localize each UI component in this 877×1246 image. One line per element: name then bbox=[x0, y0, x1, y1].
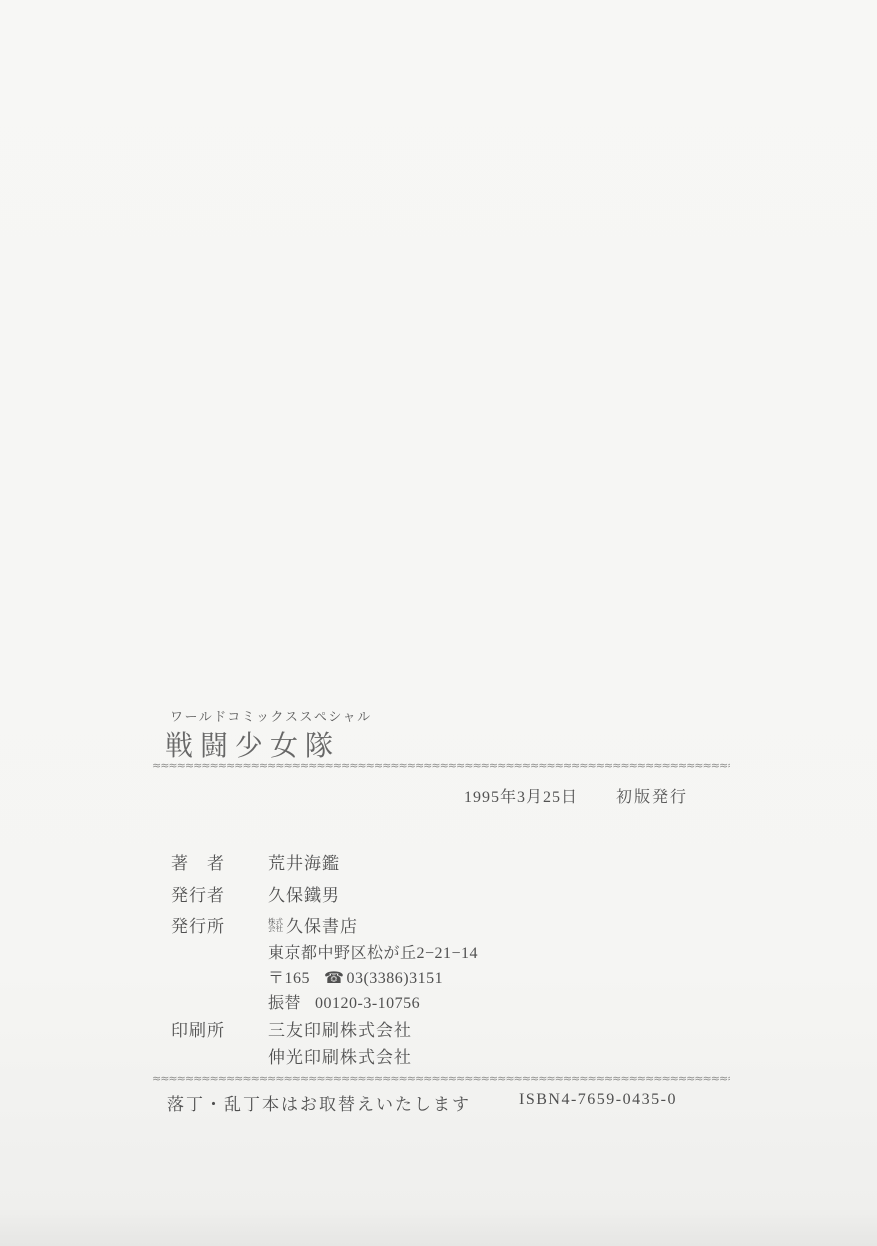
transfer-number: 00120-3-10756 bbox=[315, 995, 420, 1012]
colophon-page: ワールドコミックススペシャル 戦闘少女隊 1995年3月25日 初版発行 著 者… bbox=[0, 0, 877, 1246]
edition-statement: 初版発行 bbox=[616, 784, 688, 807]
publisher-name: 久保鐵男 bbox=[268, 881, 340, 906]
office-address: 東京都中野区松が丘2−21−14 bbox=[268, 940, 478, 963]
telephone-icon: ☎ bbox=[324, 968, 344, 987]
office-name-text: 久保書店 bbox=[286, 917, 358, 936]
publication-date: 1995年3月25日 bbox=[464, 784, 578, 807]
postal-transfer-line: 振替00120-3-10756 bbox=[268, 990, 420, 1013]
kabushiki-kaisha-mark: 株式会社 bbox=[268, 918, 283, 933]
phone-number: 03(3386)3151 bbox=[346, 970, 443, 987]
printer-name-2: 伸光印刷株式会社 bbox=[268, 1043, 412, 1068]
isbn-number: ISBN4-7659-0435-0 bbox=[519, 1091, 677, 1109]
kk-mark-bottom: 会社 bbox=[268, 925, 283, 933]
printer-name-1: 三友印刷株式会社 bbox=[268, 1016, 412, 1041]
printer-label: 印刷所 bbox=[171, 1016, 225, 1041]
transfer-label: 振替 bbox=[268, 995, 301, 1012]
publishing-office-name: 株式会社久保書店 bbox=[268, 912, 358, 937]
replacement-notice: 落丁・乱丁本はお取替えいたします bbox=[167, 1090, 471, 1115]
publisher-label: 発行者 bbox=[171, 881, 225, 906]
wavy-divider-top bbox=[152, 761, 730, 773]
series-label: ワールドコミックススペシャル bbox=[170, 706, 372, 725]
book-title: 戦闘少女隊 bbox=[165, 724, 340, 764]
author-name: 荒井海鑑 bbox=[268, 849, 340, 874]
wavy-divider-bottom bbox=[152, 1074, 730, 1086]
postal-phone-line: 〒165☎03(3386)3151 bbox=[268, 965, 443, 988]
postal-code: 〒165 bbox=[268, 970, 310, 987]
author-label: 著 者 bbox=[171, 849, 225, 874]
publishing-office-label: 発行所 bbox=[171, 912, 225, 937]
